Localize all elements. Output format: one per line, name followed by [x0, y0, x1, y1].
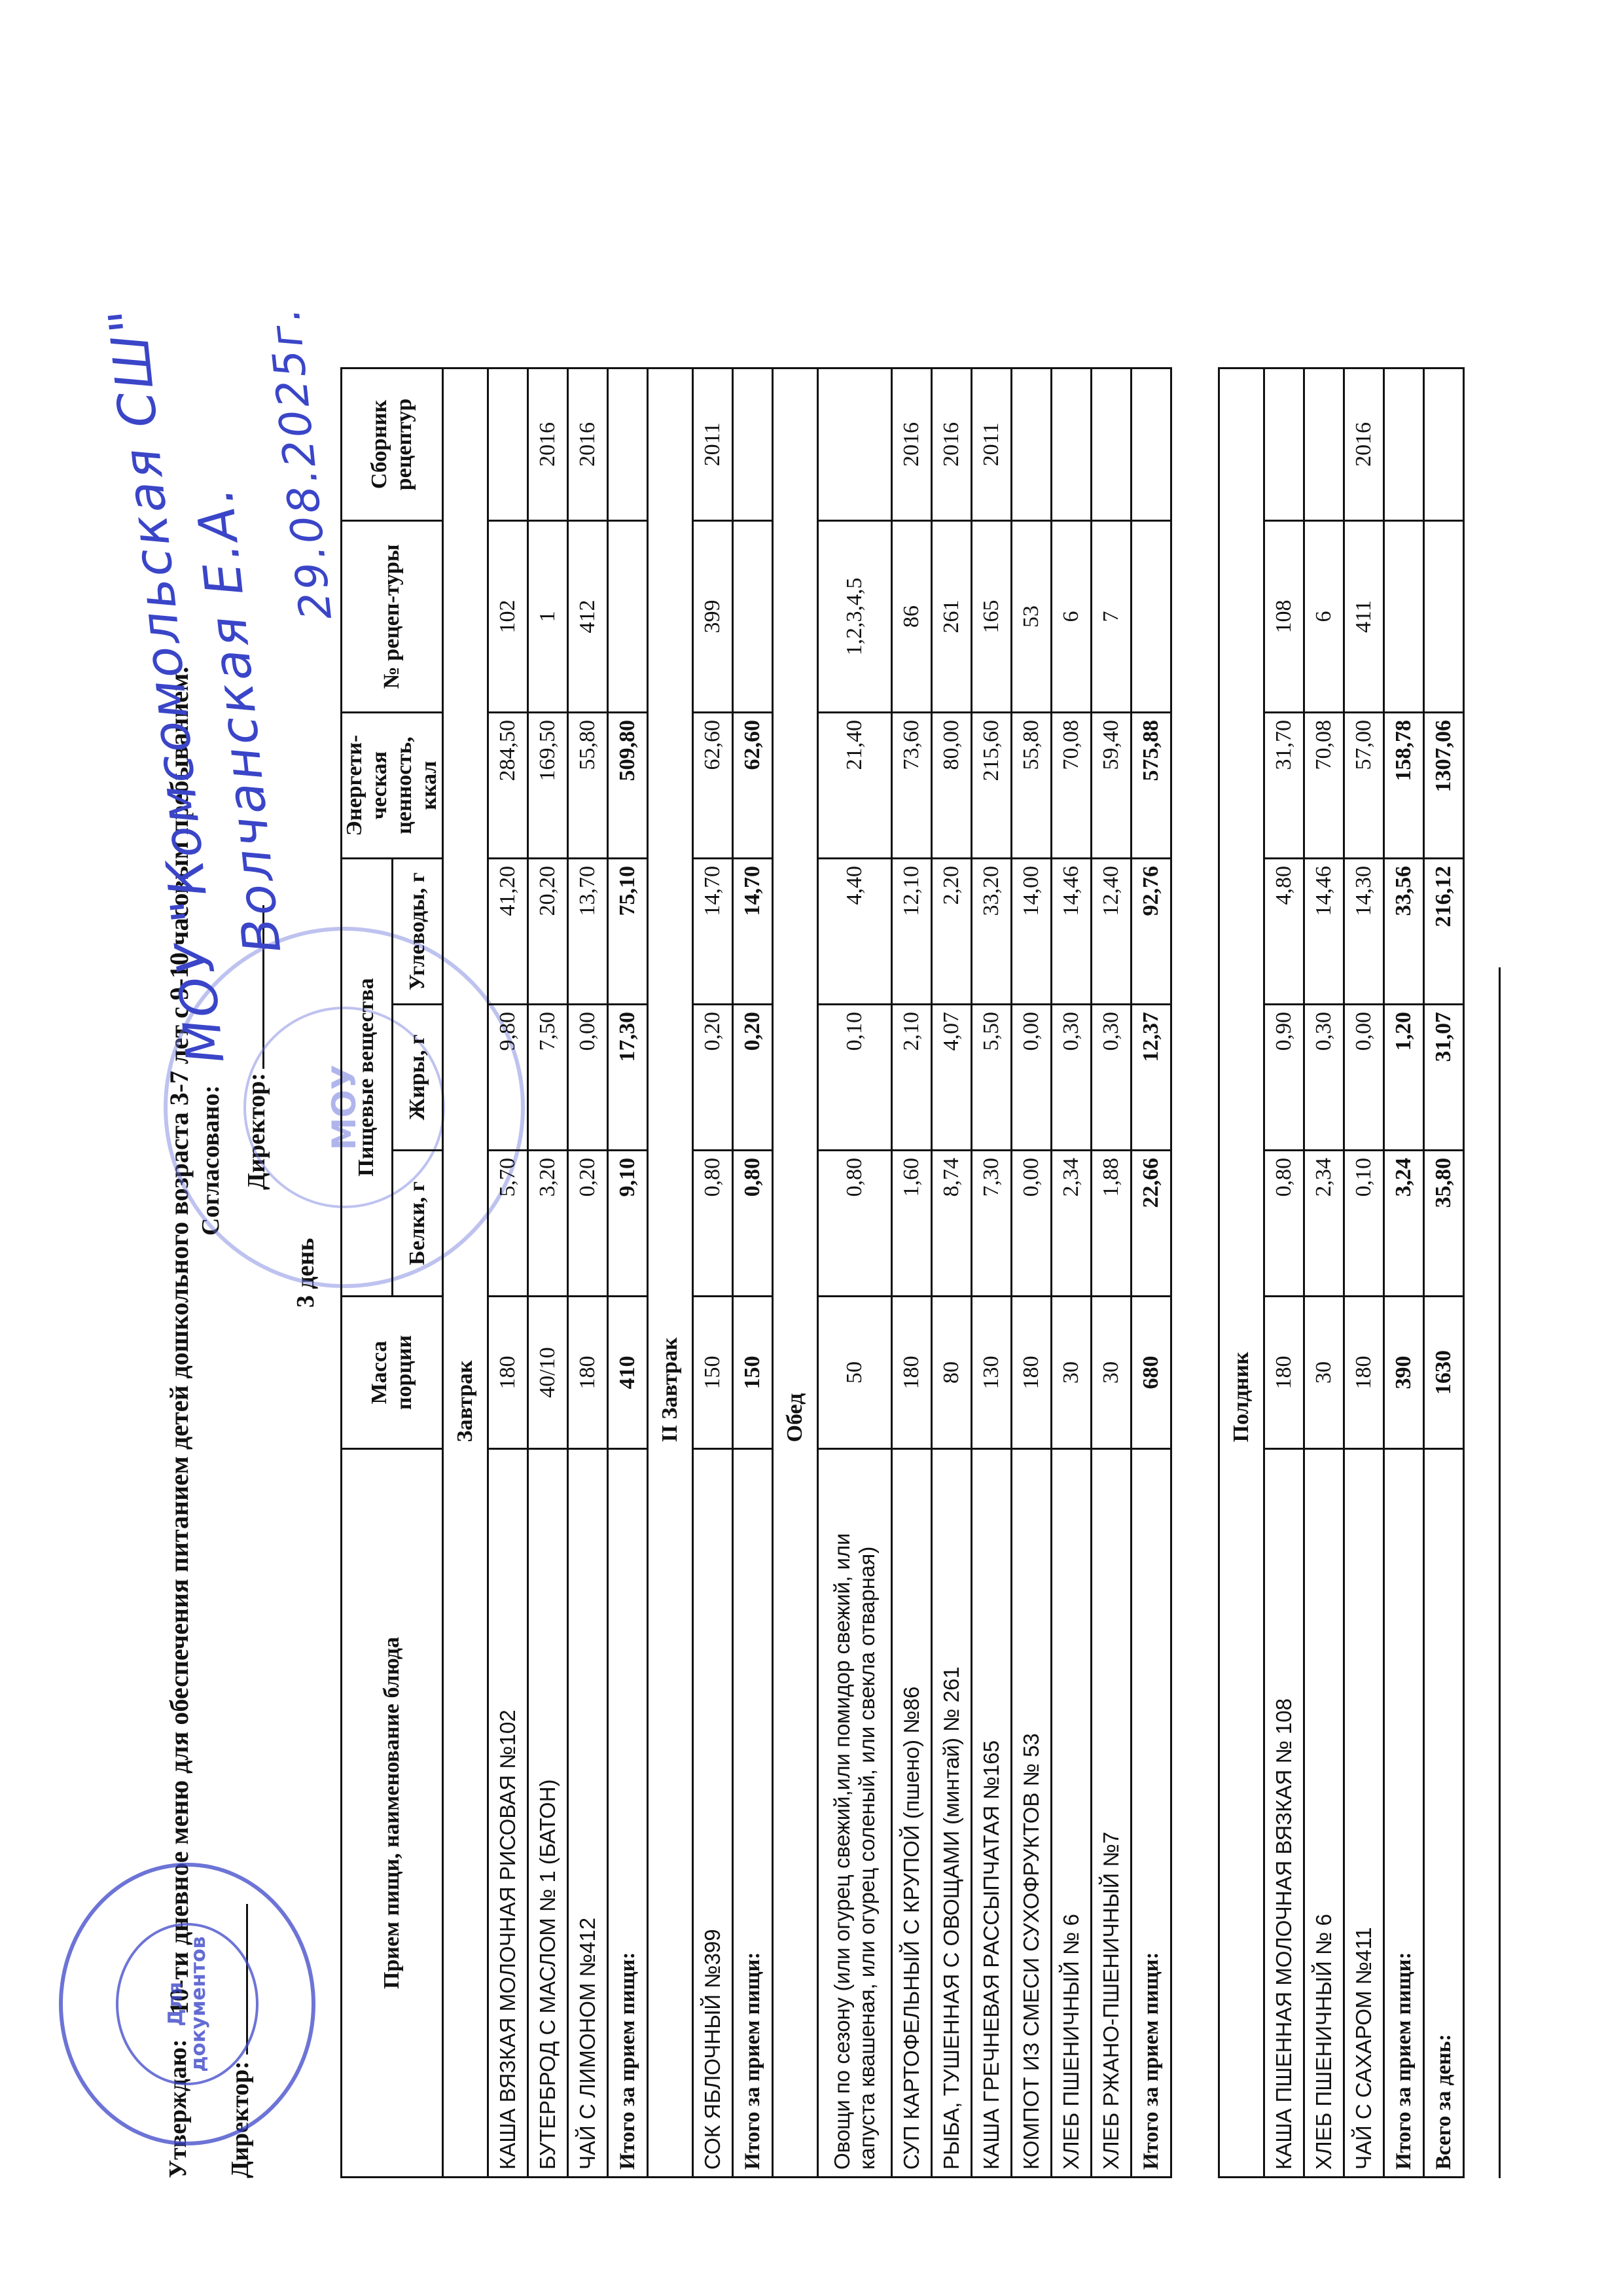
recipe-book-year: 2016: [568, 368, 608, 521]
handwritten-date: 29.08.2025г.: [259, 304, 342, 622]
menu-sheet: Утверждаю: Директор: 10-ти дневное меню …: [0, 0, 1623, 2296]
section-name: Обед: [773, 368, 818, 1449]
section-name: Полдник: [1219, 368, 1264, 1449]
dish-name: БУТЕРБРОД С МАСЛОМ № 1 (БАТОН): [528, 1449, 568, 2178]
fat-value: 0,00: [1012, 1005, 1052, 1151]
empty-cell: [608, 521, 648, 713]
carbs-value: 14,30: [1344, 859, 1384, 1005]
energy-value: 215,60: [972, 713, 1012, 859]
protein-value: 0,20: [568, 1151, 608, 1297]
energy-value: 59,40: [1092, 713, 1132, 859]
dish-name: ЧАЙ С САХАРОМ №411: [1344, 1449, 1384, 2178]
dish-name: КАША ГРЕЧНЕВАЯ РАССЫПЧАТАЯ №165: [972, 1449, 1012, 2178]
col-carbs: Углеводы, г: [392, 859, 443, 1005]
portion-mass: 150: [693, 1297, 733, 1449]
day-total-label: Всего за день:: [1424, 1449, 1464, 2178]
table-row: ХЛЕБ ПШЕНИЧНЫЙ № 6302,340,3014,4670,086: [1052, 368, 1092, 2178]
total-energy: 509,80: [608, 713, 648, 859]
total-carbs: 14,70: [733, 859, 773, 1005]
recipe-number: 1,2,3,4,5: [818, 521, 892, 713]
portion-mass: 30: [1304, 1297, 1344, 1449]
portion-mass: 180: [892, 1297, 932, 1449]
recipe-number: 53: [1012, 521, 1052, 713]
carbs-value: 12,40: [1092, 859, 1132, 1005]
portion-mass: 130: [972, 1297, 1012, 1449]
portion-mass: 180: [488, 1297, 528, 1449]
recipe-book-year: 2016: [528, 368, 568, 521]
section-name: II Завтрак: [648, 368, 693, 1449]
empty-cell: [1384, 368, 1424, 521]
carbs-value: 14,70: [693, 859, 733, 1005]
fat-value: 0,90: [1264, 1005, 1304, 1151]
col-fat: Жиры, г: [392, 1005, 443, 1151]
portion-mass: 30: [1092, 1297, 1132, 1449]
fat-value: 2,10: [892, 1005, 932, 1151]
fat-value: 0,00: [568, 1005, 608, 1151]
carbs-value: 14,00: [1012, 859, 1052, 1005]
total-fat: 1,20: [1384, 1005, 1424, 1151]
energy-value: 80,00: [932, 713, 972, 859]
section-name: Завтрак: [443, 368, 488, 1449]
carbs-value: 14,46: [1052, 859, 1092, 1005]
fat-value: 7,50: [528, 1005, 568, 1151]
table-row: КАША ГРЕЧНЕВАЯ РАССЫПЧАТАЯ №1651307,305,…: [972, 368, 1012, 2178]
carbs-value: 33,20: [972, 859, 1012, 1005]
recipe-book-year: [1012, 368, 1052, 521]
energy-value: 70,08: [1052, 713, 1092, 859]
portion-mass: 40/10: [528, 1297, 568, 1449]
fat-value: 0,20: [693, 1005, 733, 1151]
total-mass: 390: [1384, 1297, 1424, 1449]
carbs-value: 20,20: [528, 859, 568, 1005]
col-protein: Белки, г: [392, 1151, 443, 1297]
energy-value: 57,00: [1344, 713, 1384, 859]
carbs-value: 2,20: [932, 859, 972, 1005]
carbs-value: 14,46: [1304, 859, 1344, 1005]
table-row: КАША ПШЕННАЯ МОЛОЧНАЯ ВЯЗКАЯ № 1081800,8…: [1264, 368, 1304, 2178]
col-recipe-no: № рецеп-туры: [342, 521, 443, 713]
energy-value: 73,60: [892, 713, 932, 859]
table-row: КОМПОТ ИЗ СМЕСИ СУХОФРУКТОВ № 531800,000…: [1012, 368, 1052, 2178]
empty-cell: [1384, 521, 1424, 713]
day-total-row: Всего за день:163035,8031,07216,121307,0…: [1424, 368, 1464, 2178]
col-nutrients: Пищевые вещества: [342, 859, 393, 1297]
day-total-energy: 1307,06: [1424, 713, 1464, 859]
meal-total-label: Итого за прием пищи:: [1384, 1449, 1424, 2178]
energy-value: 284,50: [488, 713, 528, 859]
protein-value: 0,10: [1344, 1151, 1384, 1297]
carbs-value: 4,80: [1264, 859, 1304, 1005]
recipe-book-year: [1304, 368, 1344, 521]
day-total-mass: 1630: [1424, 1297, 1464, 1449]
fat-value: 0,30: [1092, 1005, 1132, 1151]
recipe-number: 412: [568, 521, 608, 713]
table-row: КАША ВЯЗКАЯ МОЛОЧНАЯ РИСОВАЯ №1021805,70…: [488, 368, 528, 2178]
meal-total-row: Итого за прием пищи:4109,1017,3075,10509…: [608, 368, 648, 2178]
meal-total-row: Итого за прием пищи:1500,800,2014,7062,6…: [733, 368, 773, 2178]
table-row: СУП КАРТОФЕЛЬНЫЙ С КРУПОЙ (пшено) №86180…: [892, 368, 932, 2178]
portion-mass: 80: [932, 1297, 972, 1449]
section-header: Завтрак: [443, 368, 488, 2178]
company-stamp: Для документов: [59, 1863, 315, 2145]
energy-value: 55,80: [1012, 713, 1052, 859]
energy-value: 55,80: [568, 713, 608, 859]
total-energy: 158,78: [1384, 713, 1424, 859]
portion-mass: 180: [1344, 1297, 1384, 1449]
meal-total-label: Итого за прием пищи:: [733, 1449, 773, 2178]
total-mass: 680: [1132, 1297, 1171, 1449]
table-row: ЧАЙ С ЛИМОНОМ №4121800,200,0013,7055,804…: [568, 368, 608, 2178]
total-protein: 22,66: [1132, 1151, 1171, 1297]
empty-cell: [608, 368, 648, 521]
dish-name: ХЛЕБ ПШЕНИЧНЫЙ № 6: [1304, 1449, 1344, 2178]
fat-value: 0,30: [1304, 1005, 1344, 1151]
dish-name: КАША ПШЕННАЯ МОЛОЧНАЯ ВЯЗКАЯ № 108: [1264, 1449, 1304, 2178]
dish-name: РЫБА, ТУШЕННАЯ С ОВОЩАМИ (минтай) № 261: [932, 1449, 972, 2178]
protein-value: 5,70: [488, 1151, 528, 1297]
meal-total-label: Итого за прием пищи:: [1132, 1449, 1171, 2178]
recipe-number: 1: [528, 521, 568, 713]
empty-cell: [733, 368, 773, 521]
recipe-number: 411: [1344, 521, 1384, 713]
fat-value: 0,10: [818, 1005, 892, 1151]
carbs-value: 13,70: [568, 859, 608, 1005]
energy-value: 31,70: [1264, 713, 1304, 859]
dish-name: ЧАЙ С ЛИМОНОМ №412: [568, 1449, 608, 2178]
table-row: ЧАЙ С САХАРОМ №4111800,100,0014,3057,004…: [1344, 368, 1384, 2178]
recipe-book-year: [1264, 368, 1304, 521]
menu-table: Прием пищи, наименование блюда Масса пор…: [340, 367, 1465, 2178]
total-carbs: 75,10: [608, 859, 648, 1005]
protein-value: 1,88: [1092, 1151, 1132, 1297]
section-header: II Завтрак: [648, 368, 693, 2178]
carbs-value: 12,10: [892, 859, 932, 1005]
dish-name: КАША ВЯЗКАЯ МОЛОЧНАЯ РИСОВАЯ №102: [488, 1449, 528, 2178]
fat-value: 4,07: [932, 1005, 972, 1151]
recipe-book-year: 2011: [693, 368, 733, 521]
total-carbs: 33,56: [1384, 859, 1424, 1005]
recipe-book-year: 2011: [972, 368, 1012, 521]
recipe-book-year: 2016: [932, 368, 972, 521]
company-stamp-center: Для документов: [116, 1923, 259, 2085]
protein-value: 0,80: [1264, 1151, 1304, 1297]
table-row: ХЛЕБ РЖАНО-ПШЕНИЧНЫЙ №7301,880,3012,4059…: [1092, 368, 1132, 2178]
col-recipe-book: Сборник рецептур: [342, 368, 443, 521]
fat-value: 9,80: [488, 1005, 528, 1151]
protein-value: 2,34: [1304, 1151, 1344, 1297]
energy-value: 70,08: [1304, 713, 1344, 859]
total-fat: 0,20: [733, 1005, 773, 1151]
recipe-book-year: [1092, 368, 1132, 521]
meal-total-row: Итого за прием пищи:3903,241,2033,56158,…: [1384, 368, 1424, 2178]
protein-value: 0,80: [693, 1151, 733, 1297]
table-row: БУТЕРБРОД С МАСЛОМ № 1 (БАТОН)40/103,207…: [528, 368, 568, 2178]
protein-value: 8,74: [932, 1151, 972, 1297]
carbs-value: 4,40: [818, 859, 892, 1005]
total-mass: 410: [608, 1297, 648, 1449]
recipe-number: 261: [932, 521, 972, 713]
portion-mass: 180: [568, 1297, 608, 1449]
recipe-number: 7: [1092, 521, 1132, 713]
recipe-book-year: 2016: [892, 368, 932, 521]
section-header: Полдник: [1219, 368, 1264, 2178]
col-mass: Масса порции: [342, 1297, 443, 1449]
table-row: СОК ЯБЛОЧНЫЙ №3991500,800,2014,7062,6039…: [693, 368, 733, 2178]
dish-name: ХЛЕБ РЖАНО-ПШЕНИЧНЫЙ №7: [1092, 1449, 1132, 2178]
portion-mass: 180: [1264, 1297, 1304, 1449]
day-total-fat: 31,07: [1424, 1005, 1464, 1151]
empty-cell: [1132, 368, 1171, 521]
table-row: Овощи по сезону (или огурец свежий,или п…: [818, 368, 892, 2178]
fat-value: 0,00: [1344, 1005, 1384, 1151]
day-total-protein: 35,80: [1424, 1151, 1464, 1297]
recipe-number: 399: [693, 521, 733, 713]
section-header: Обед: [773, 368, 818, 2178]
empty-cell: [1132, 521, 1171, 713]
dish-name: Овощи по сезону (или огурец свежий,или п…: [818, 1449, 892, 2178]
empty-cell: [1424, 521, 1464, 713]
fat-value: 0,30: [1052, 1005, 1092, 1151]
total-protein: 3,24: [1384, 1151, 1424, 1297]
recipe-book-year: [1052, 368, 1092, 521]
recipe-book-year: [488, 368, 528, 521]
total-carbs: 92,76: [1132, 859, 1171, 1005]
protein-value: 2,34: [1052, 1151, 1092, 1297]
protein-value: 3,20: [528, 1151, 568, 1297]
dish-name: СУП КАРТОФЕЛЬНЫЙ С КРУПОЙ (пшено) №86: [892, 1449, 932, 2178]
protein-value: 7,30: [972, 1151, 1012, 1297]
protein-value: 1,60: [892, 1151, 932, 1297]
bottom-rule: [1499, 967, 1501, 2178]
energy-value: 21,40: [818, 713, 892, 859]
spacer-row: [1171, 368, 1219, 2178]
total-energy: 62,60: [733, 713, 773, 859]
empty-cell: [1424, 368, 1464, 521]
recipe-book-year: 2016: [1344, 368, 1384, 521]
energy-value: 62,60: [693, 713, 733, 859]
carbs-value: 41,20: [488, 859, 528, 1005]
portion-mass: 180: [1012, 1297, 1052, 1449]
total-protein: 9,10: [608, 1151, 648, 1297]
meal-total-label: Итого за прием пищи:: [608, 1449, 648, 2178]
recipe-number: 102: [488, 521, 528, 713]
energy-value: 169,50: [528, 713, 568, 859]
menu-table-body: ЗавтракКАША ВЯЗКАЯ МОЛОЧНАЯ РИСОВАЯ №102…: [443, 368, 1464, 2178]
col-energy: Энергети-ческая ценность, ккал: [342, 713, 443, 859]
fat-value: 5,50: [972, 1005, 1012, 1151]
total-fat: 12,37: [1132, 1005, 1171, 1151]
dish-name: СОК ЯБЛОЧНЫЙ №399: [693, 1449, 733, 2178]
day-total-carbs: 216,12: [1424, 859, 1464, 1005]
protein-value: 0,00: [1012, 1151, 1052, 1297]
total-energy: 575,88: [1132, 713, 1171, 859]
empty-cell: [733, 521, 773, 713]
portion-mass: 30: [1052, 1297, 1092, 1449]
dish-name: КОМПОТ ИЗ СМЕСИ СУХОФРУКТОВ № 53: [1012, 1449, 1052, 2178]
recipe-book-year: [818, 368, 892, 521]
recipe-number: 86: [892, 521, 932, 713]
col-meal-dish: Прием пищи, наименование блюда: [342, 1449, 443, 2178]
total-protein: 0,80: [733, 1151, 773, 1297]
recipe-number: 165: [972, 521, 1012, 713]
protein-value: 0,80: [818, 1151, 892, 1297]
total-mass: 150: [733, 1297, 773, 1449]
portion-mass: 50: [818, 1297, 892, 1449]
total-fat: 17,30: [608, 1005, 648, 1151]
dish-name: ХЛЕБ ПШЕНИЧНЫЙ № 6: [1052, 1449, 1092, 2178]
table-row: РЫБА, ТУШЕННАЯ С ОВОЩАМИ (минтай) № 2618…: [932, 368, 972, 2178]
recipe-number: 6: [1304, 521, 1344, 713]
table-row: ХЛЕБ ПШЕНИЧНЫЙ № 6302,340,3014,4670,086: [1304, 368, 1344, 2178]
recipe-number: 108: [1264, 521, 1304, 713]
meal-total-row: Итого за прием пищи:68022,6612,3792,7657…: [1132, 368, 1171, 2178]
recipe-number: 6: [1052, 521, 1092, 713]
